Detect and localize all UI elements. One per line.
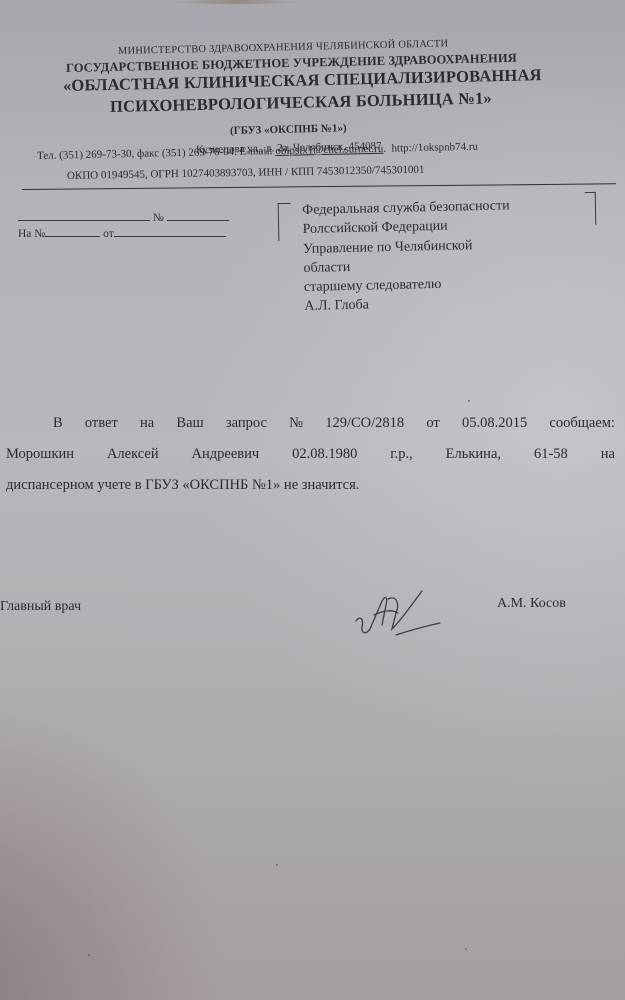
body-word: запрос [226,408,267,439]
registration-codes: ОКПО 01949545, ОГРН 1027403893703, ИНН /… [67,164,425,182]
body-word: В [53,408,63,439]
reply-to-label: На № [18,228,45,240]
addressee-bracket-right [585,192,597,225]
reply-to-reference-field: На № от [18,226,226,240]
paper-speck [276,864,278,866]
body-line: диспансерном учете в ГБУЗ «ОКСПНБ №1» не… [6,470,615,501]
paper-speck [465,948,467,950]
outgoing-reference-field: № [18,210,229,224]
addressee-block: Федеральная служба безопасности Ролссийс… [302,196,512,316]
body-word: Морошкин [6,439,74,470]
body-word: 02.08.1980 [292,439,357,470]
letterhead-divider [22,183,616,190]
signatory-name: А.М. Косов [497,596,566,612]
from-label: от [103,228,114,240]
body-word: Ваш [176,408,203,439]
reply-to-number-blank [45,226,100,237]
website-link[interactable]: http://1okspnb74.ru [391,141,478,155]
paper-edge-shadow [170,0,300,4]
body-word: Андреевич [192,439,260,470]
reply-to-date-blank [114,226,226,237]
body-word: 129/СО/2818 [325,408,404,439]
separator: . [383,143,391,155]
body-word: Елькина, [446,439,501,470]
body-word: г.р., [390,439,412,470]
body-word: Алексей [107,439,159,470]
email-link[interactable]: oblpsix1@chel.surnet.ru [275,143,383,157]
outgoing-date-blank [18,210,150,221]
signatory-title: Главный врач [0,599,81,615]
addressee-line: А.Л. Глоба [304,293,512,317]
letter-body: ВответнаВашзапрос№129/СО/2818от05.08.201… [6,408,615,501]
organization-abbreviation: (ГБУЗ «ОКСПНБ №1») [230,122,347,137]
number-sign-label: № [153,212,164,224]
body-word: на [140,408,154,439]
outgoing-number-blank [167,210,229,221]
body-word: сообщаем: [549,408,615,439]
body-word: на [601,439,615,470]
phone-fax: Тел. (351) 269-73-30, факс (351) 269-76-… [37,145,276,162]
paper-speck [468,400,470,402]
body-word: от [426,408,439,439]
body-line: МорошкинАлексейАндреевич02.08.1980г.р.,Е… [6,439,615,470]
handwritten-signature [352,585,448,641]
body-word: ответ [85,408,118,439]
body-word: № [289,408,303,439]
paper-speck [88,954,90,956]
body-word: 05.08.2015 [462,408,527,439]
body-word: 61-58 [534,439,568,470]
addressee-bracket-left [278,203,292,241]
body-line: ВответнаВашзапрос№129/СО/2818от05.08.201… [6,408,615,439]
